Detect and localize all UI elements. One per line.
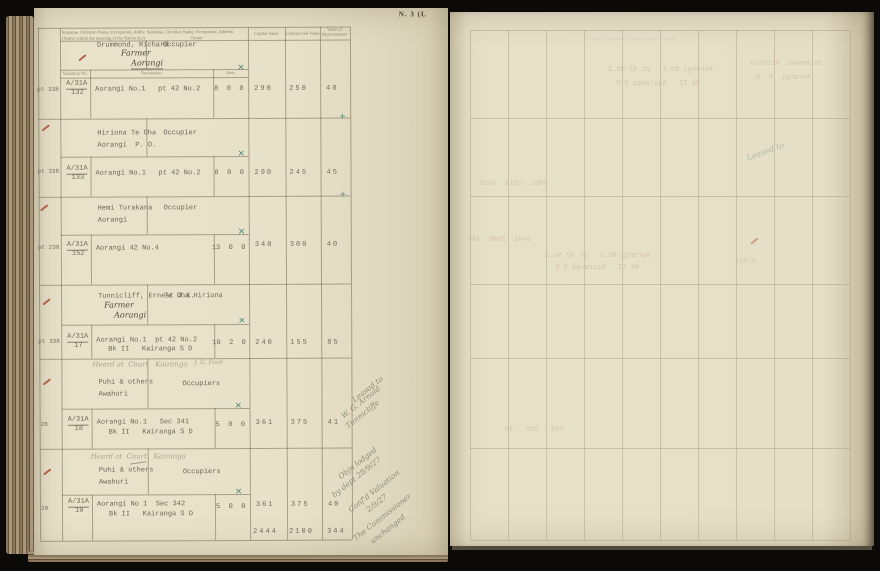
- faint-grid-line: [584, 30, 585, 540]
- capital-value: 240: [255, 339, 274, 347]
- faint-grid-line: [470, 540, 850, 541]
- pencil-court-note: Heard at Court Kairanga: [92, 360, 187, 368]
- valuation-roll-number: 17: [74, 342, 82, 350]
- margin-folio-number: 28: [41, 506, 48, 512]
- grid-line: [91, 325, 92, 359]
- land-description: Aorangi No.1 pt 42 No.2: [96, 169, 201, 178]
- teal-plus-mark-icon: +: [340, 191, 347, 199]
- owner-entry: Occupiers: [182, 380, 220, 388]
- grid-line: [90, 157, 91, 197]
- red-tick-mark: [42, 298, 50, 305]
- check-x-mark-icon: ×: [238, 228, 246, 237]
- faint-grid-line: [774, 30, 775, 540]
- valuation-roll-number: 19: [75, 507, 83, 515]
- grid-line: [147, 284, 148, 324]
- valuation-no-header: Valuation No.: [61, 71, 89, 76]
- occupier-name: Hemi Turakana: [98, 204, 153, 212]
- faint-grid-line: [812, 30, 813, 540]
- capital-total: 2444: [253, 528, 278, 536]
- valuation-roll-number: 152: [72, 250, 85, 258]
- faint-grid-line: [470, 30, 471, 540]
- right-page-bottom-edge: [452, 546, 872, 550]
- faint-grid-line: [470, 196, 850, 197]
- owner-entry: Te Oha Hiriona: [164, 292, 223, 300]
- showthrough-text: Aorangi No.1 pt 42 No.2: [545, 252, 650, 260]
- land-description: Aorangi No.1 pt 42 No.2: [95, 85, 200, 94]
- faint-red-mark: [750, 237, 758, 244]
- improvements-value: 85: [327, 339, 339, 347]
- owner-entry: Occupier: [163, 41, 197, 49]
- capital-value-header: Capital Value: [248, 31, 285, 36]
- showthrough-numbers: 2661 2014 2416: [480, 180, 547, 188]
- faint-grid-line: [470, 30, 850, 31]
- faint-grid-line: [698, 30, 699, 540]
- grid-line: [61, 324, 249, 326]
- grid-line: [60, 156, 248, 158]
- check-x-mark-icon: ×: [235, 488, 243, 497]
- margin-folio-number: pt 338: [38, 339, 60, 345]
- improvements-value: 45: [327, 169, 339, 177]
- area-value: 13 0 0: [212, 244, 246, 252]
- margin-folio-number: pt 338: [38, 169, 60, 175]
- showthrough-numbers: 290 385 40: [505, 426, 564, 434]
- land-description: Aorangi No 1 Sec 342: [97, 500, 185, 508]
- land-description: Aorangi No.1 pt 42 No.2: [96, 336, 197, 344]
- page-stack-left-edge: [6, 16, 34, 554]
- grid-line: [91, 235, 92, 285]
- grid-line: [61, 234, 249, 236]
- faint-grid-line: [850, 30, 851, 540]
- improvements-value: 40: [327, 241, 339, 249]
- grid-line: [92, 495, 93, 541]
- grid-line: [215, 494, 216, 540]
- unimproved-value: 250: [289, 85, 308, 93]
- red-tick-mark: [78, 54, 86, 61]
- faint-grid-line: [470, 448, 850, 449]
- capital-value: 290: [255, 169, 274, 177]
- owner-column-header: Surname, Christian Name, Occupation, Add…: [147, 29, 246, 35]
- grid-line: [40, 448, 352, 450]
- owner-entry: Occupiers: [183, 468, 221, 476]
- margin-folio-number: pt 338: [37, 87, 59, 93]
- check-x-mark-icon: ×: [237, 150, 245, 159]
- grid-line: [60, 77, 248, 79]
- grid-line: [40, 540, 352, 542]
- grid-line: [39, 284, 351, 286]
- grid-line: [62, 408, 250, 410]
- grid-line: [90, 70, 91, 119]
- pencil-name-note: J. G. Ford: [194, 360, 222, 367]
- unimproved-total: 2100: [289, 528, 314, 536]
- occupier-address: Aorangi: [98, 216, 127, 224]
- valuation-roll-number: 133: [72, 174, 85, 182]
- improvements-value: 40: [328, 501, 340, 509]
- occupier-name: Hiriona Te Oha: [97, 129, 156, 137]
- showthrough-text: A/31A: [735, 258, 756, 266]
- description-header: Description: [91, 70, 211, 76]
- area-value: 10 2 0: [212, 339, 246, 347]
- red-tick-mark: [40, 204, 48, 211]
- red-tick-mark: [43, 378, 51, 385]
- land-description: Aorangi 42 No.4: [96, 244, 159, 252]
- red-tick-mark: [42, 124, 50, 131]
- valuation-roll-number: 132: [71, 89, 84, 97]
- land-description-line2: Bk II Kairanga S D: [108, 345, 192, 353]
- showthrough-text: Bk II Kairanga S D: [555, 264, 639, 272]
- unimproved-value: 300: [290, 241, 309, 249]
- teal-plus-mark-icon: +: [339, 113, 346, 121]
- faint-grid-line: [546, 30, 547, 540]
- occupier-address-handwritten: Aorangi: [131, 59, 163, 69]
- showthrough-text: Drummond, Richard: [750, 60, 821, 68]
- unimproved-value: 155: [290, 339, 309, 347]
- showthrough-printed-header: Surname, Christian Name, Occupation, Add…: [590, 36, 676, 41]
- occupier-address: Awahuri: [98, 390, 127, 398]
- owner-column-label: Owner: [147, 35, 246, 41]
- occupier-address-handwritten: Aorangi: [114, 311, 146, 320]
- right-page: Surname, Christian Name, Occupation, Add…: [450, 12, 874, 546]
- register-table: N. 3 (L Surname, Christian Name, Occupat…: [33, 7, 449, 556]
- unimproved-value: 375: [291, 501, 310, 509]
- improvements-value: 41: [328, 419, 340, 427]
- faint-grid-line: [508, 30, 509, 540]
- showthrough-teal-handwriting: Leased to: [746, 142, 786, 164]
- check-x-mark-icon: ×: [237, 64, 245, 73]
- improvements-value-header: Value of Improvements: [321, 28, 348, 38]
- occupier-column-header: Surname, Christian Name, Occupation, Add…: [62, 29, 145, 35]
- faint-grid-line: [470, 284, 850, 285]
- showthrough-numbers: 2442 2046 249: [468, 236, 531, 244]
- check-x-mark-icon: ×: [235, 402, 243, 411]
- red-tick-mark: [43, 468, 51, 475]
- pencil-squiggle: [130, 457, 147, 464]
- occupier-occupation-handwritten: Farmer: [104, 301, 134, 310]
- grid-line: [92, 409, 93, 449]
- grid-line: [147, 196, 148, 234]
- left-page: N. 3 (L Surname, Christian Name, Occupat…: [34, 8, 448, 555]
- occupier-address: Aorangi P. O.: [97, 141, 156, 149]
- grid-line: [39, 196, 351, 198]
- capital-value: 290: [254, 85, 273, 93]
- area-value: 5 0 0: [216, 503, 245, 511]
- area-value: 8 0 0: [214, 85, 243, 93]
- faint-grid-line: [660, 30, 661, 540]
- unimproved-value-header: Unimproved Value: [285, 31, 320, 36]
- faint-grid-line: [470, 118, 850, 119]
- capital-value: 361: [256, 501, 275, 509]
- owner-entry: Occupier: [163, 129, 197, 137]
- faint-grid-line: [622, 30, 623, 540]
- owner-entry: Occupier: [164, 204, 198, 212]
- grid-line: [62, 494, 250, 496]
- valuation-roll-number: 18: [75, 425, 83, 433]
- grid-line: [214, 234, 215, 284]
- area-value: 8 0 0: [215, 169, 244, 177]
- occupier-occupation-handwritten: Farmer: [121, 49, 151, 58]
- unimproved-value: 375: [291, 419, 310, 427]
- unimproved-value: 245: [290, 169, 309, 177]
- land-description-line2: Bk II Kairanga S D: [109, 428, 193, 436]
- occupier-name: Puhi & others: [98, 378, 153, 386]
- grid-line: [38, 118, 350, 120]
- page-number-label: N. 3 (L: [399, 10, 427, 18]
- land-description-line2: Bk II Kairanga S D: [109, 510, 193, 518]
- land-description: Aorangi No.1 Sec 341: [97, 418, 189, 426]
- occupier-address: Awahuri: [99, 478, 128, 486]
- occupier-column-subheader: (Native within the meaning of the Native…: [62, 35, 145, 41]
- area-value: 5 0 0: [216, 421, 245, 429]
- showthrough-text: Aorangi P. O.: [752, 74, 811, 82]
- improvements-total: 344: [327, 528, 346, 536]
- grid-line: [213, 69, 214, 118]
- capital-value: 340: [255, 241, 274, 249]
- capital-value: 361: [256, 419, 275, 427]
- scanned-register-spread: { "marks": { "x": "×", "plus": "+" }, "p…: [0, 0, 880, 571]
- improvements-value: 40: [326, 85, 338, 93]
- occupier-name: Puhi & others: [99, 466, 154, 474]
- faint-grid-line: [736, 30, 737, 540]
- showthrough-text: Aorangi No.1 pt 42 No.2: [608, 66, 713, 74]
- margin-folio-number: pt 238: [38, 245, 60, 251]
- check-x-mark-icon: ×: [238, 317, 246, 326]
- showthrough-text: Bk II Kairanga S D: [616, 80, 700, 88]
- faint-grid-line: [470, 358, 850, 359]
- margin-folio-number: 28: [41, 422, 48, 428]
